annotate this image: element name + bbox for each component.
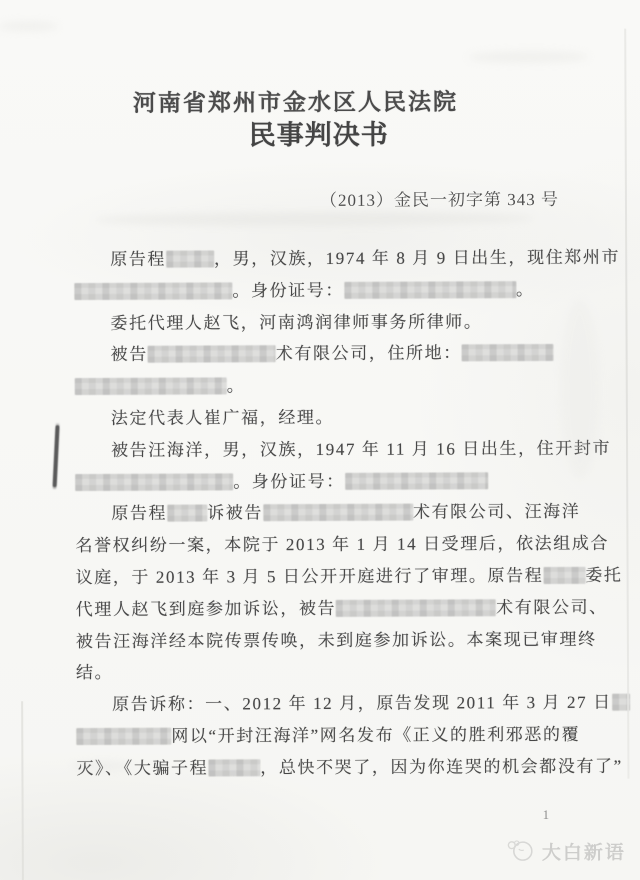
text-line: 被告汪海洋经本院传票传唤，未到庭参加诉讼。本案现已审理终 — [76, 623, 596, 657]
watermark-logo-icon — [505, 838, 535, 864]
text-line: 。身份证号： — [75, 464, 595, 498]
redaction-block — [543, 567, 585, 584]
text-segment: 代理人赵飞到庭参加诉讼，被告 — [76, 599, 336, 619]
text-segment: 。 — [516, 280, 535, 299]
redaction-block — [76, 728, 171, 745]
text-line: 灭》、《大骗子程，总快不哭了，因为你连哭的机会都没有了” — [76, 751, 596, 785]
document-content: 河南省郑州市金水区人民法院 民事判决书 （2013）金民一初字第 343 号 原… — [0, 0, 640, 880]
text-segment: 原告程 — [111, 504, 167, 523]
text-segment: 被告汪海洋经本院传票传唤，未到庭参加诉讼。本案现已审理终 — [76, 629, 597, 650]
redaction-block — [75, 473, 233, 491]
text-segment: 原告程 — [110, 250, 166, 269]
ink-mark-artifact — [53, 425, 60, 487]
text-line: 原告程，男，汉族，1974 年 8 月 9 日出生，现住郑州市 — [74, 242, 594, 276]
watermark-label: 大白新语 — [542, 837, 626, 864]
redaction-block — [344, 281, 516, 299]
redaction-block — [612, 694, 630, 711]
text-segment: ，男，汉族，1974 年 8 月 9 日出生，现住郑州市 — [214, 248, 620, 269]
text-line: 被告汪海洋，男，汉族，1947 年 11 月 16 日出生，住开封市 — [75, 433, 595, 467]
text-line: 原告程诉被告术有限公司、汪海洋 — [75, 496, 595, 530]
scanned-judgment-page: 河南省郑州市金水区人民法院 民事判决书 （2013）金民一初字第 343 号 原… — [0, 0, 640, 880]
text-segment: 结。 — [76, 663, 113, 682]
redaction-block — [208, 759, 260, 776]
redaction-block — [336, 599, 496, 617]
text-segment: 术有限公司，住所地： — [276, 344, 462, 364]
text-line: 委托代理人赵飞，河南鸿润律师事务所律师。 — [74, 305, 594, 339]
bleed-through-smudge — [468, 51, 588, 64]
redaction-block — [75, 378, 227, 396]
text-segment: 。身份证号： — [233, 471, 345, 490]
text-line: 。 — [75, 369, 595, 403]
text-segment: 原告诉称：一、2012 年 12 月，原告发现 2011 年 3 月 27 日 — [112, 693, 612, 714]
text-line: 。身份证号：。 — [74, 274, 594, 308]
text-segment: 名誉权纠纷一案，本院于 2013 年 1 月 14 日受理后，依法组成合 — [75, 534, 609, 555]
judgment-body-text: 原告程，男，汉族，1974 年 8 月 9 日出生，现住郑州市。身份证号：。委托… — [74, 242, 596, 785]
case-number: （2013）金民一初字第 343 号 — [320, 185, 559, 211]
text-line: 网以“开封汪海洋”网名发布《正义的胜利邪恶的覆 — [76, 719, 596, 753]
text-segment: 被告汪海洋，男，汉族，1947 年 11 月 16 日出生，住开封市 — [111, 439, 611, 460]
redaction-block — [148, 346, 276, 364]
bleed-through-smudge — [0, 21, 58, 31]
text-line: 被告术有限公司，住所地： — [75, 337, 595, 371]
text-segment: 术有限公司、汪海洋 — [413, 502, 580, 522]
text-segment: 。 — [227, 377, 246, 396]
text-segment: ，总快不哭了，因为你连哭的机会都没有了” — [260, 756, 623, 777]
page-number: 1 — [543, 807, 550, 823]
text-segment: 被告 — [111, 345, 148, 364]
text-line: 原告诉称：一、2012 年 12 月，原告发现 2011 年 3 月 27 日 — [76, 687, 596, 721]
text-line: 议庭，于 2013 年 3 月 5 日公开开庭进行了审理。原告程委托 — [76, 560, 596, 594]
text-segment: 术有限公司、 — [496, 598, 608, 617]
redaction-block — [167, 505, 207, 522]
bleed-through-smudge — [94, 211, 534, 227]
text-line: 代理人赵飞到庭参加诉讼，被告术有限公司、 — [76, 592, 596, 626]
text-segment: 委托代理人赵飞，河南鸿润律师事务所律师。 — [110, 312, 482, 333]
text-segment: 委托 — [585, 566, 622, 585]
redaction-block — [263, 504, 413, 522]
redaction-block — [74, 282, 232, 300]
text-segment: 网以“开封汪海洋”网名发布《正义的胜利邪恶的覆 — [171, 725, 580, 746]
paper-edge-left — [21, 701, 23, 880]
text-segment: 诉被告 — [207, 504, 263, 523]
text-segment: 。身份证号： — [232, 281, 344, 300]
redaction-block — [462, 344, 554, 361]
text-segment: 法定代表人崔广福，经理。 — [111, 408, 334, 428]
text-line: 法定代表人崔广福，经理。 — [75, 401, 595, 435]
text-line: 名誉权纠纷一案，本院于 2013 年 1 月 14 日受理后，依法组成合 — [75, 528, 595, 562]
redaction-block — [345, 472, 488, 490]
text-segment: 议庭，于 2013 年 3 月 5 日公开开庭进行了审理。原告程 — [76, 566, 544, 587]
text-line: 结。 — [76, 655, 596, 689]
text-segment: 灭》、《大骗子程 — [76, 758, 208, 778]
redaction-block — [166, 250, 214, 267]
document-title: 民事判决书 — [0, 112, 639, 154]
watermark: 大白新语 — [505, 837, 626, 866]
